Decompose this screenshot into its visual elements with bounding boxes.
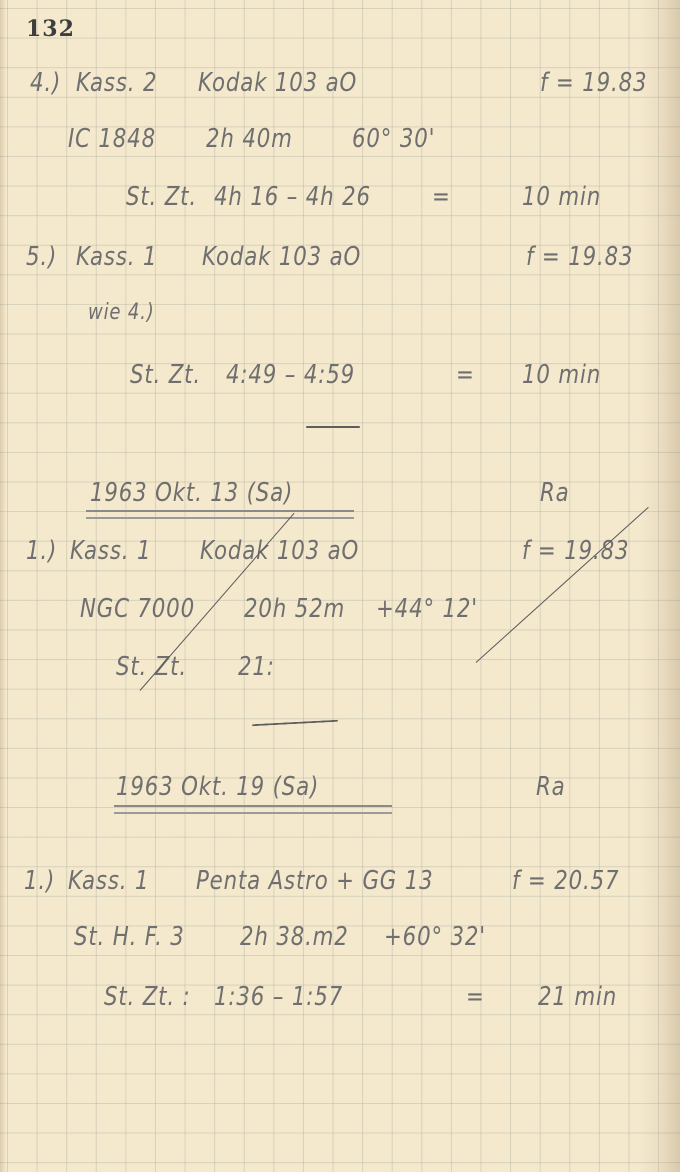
oct19-entry-1-right-ascension: 2h 38.m2 <box>240 922 349 952</box>
section-oct13-initials: Ra <box>540 478 570 508</box>
entry-4-duration: 10 min <box>522 182 601 212</box>
entry-4-cassette: Kass. 2 <box>76 68 157 98</box>
oct13-entry-1-declination: +44° 12' <box>376 594 478 624</box>
oct13-entry-1-number: 1.) <box>26 536 57 566</box>
entry-4-object: IC 1848 <box>68 124 156 154</box>
entry-5-note: wie 4.) <box>88 300 155 325</box>
section-separator-2 <box>252 720 338 726</box>
oct13-entry-1-time-range: 21: <box>238 652 275 682</box>
entry-4-plate: Kodak 103 aO <box>198 68 357 98</box>
entry-4-equals: = <box>432 182 451 212</box>
oct13-entry-1-object: NGC 7000 <box>80 594 195 624</box>
oct19-entry-1-number: 1.) <box>24 866 55 896</box>
entry-5-time-label: St. Zt. <box>130 360 201 390</box>
oct19-entry-1-plate: Penta Astro + GG 13 <box>196 866 434 896</box>
oct19-entry-1-object: St. H. F. 3 <box>74 922 185 952</box>
notebook-page: 132 4.) Kass. 2 Kodak 103 aO f = 19.83 I… <box>0 0 680 1172</box>
entry-4-right-ascension: 2h 40m <box>206 124 293 154</box>
oct19-entry-1-duration: 21 min <box>538 982 617 1012</box>
entry-4-time-label: St. Zt. <box>126 182 197 212</box>
oct19-entry-1-declination: +60° 32' <box>384 922 486 952</box>
oct19-entry-1-time-label: St. Zt. : <box>104 982 191 1012</box>
oct13-entry-1-plate: Kodak 103 aO <box>200 536 359 566</box>
oct13-entry-1-focal-length: f = 19.83 <box>522 536 629 566</box>
oct19-entry-1-equals: = <box>466 982 485 1012</box>
oct13-entry-1-cassette: Kass. 1 <box>70 536 151 566</box>
oct13-entry-1-right-ascension: 20h 52m <box>244 594 345 624</box>
section-oct19-initials: Ra <box>536 772 566 802</box>
page-number: 132 <box>26 16 75 42</box>
section-oct19-heading: 1963 Okt. 19 (Sa) <box>116 772 319 802</box>
entry-5-cassette: Kass. 1 <box>76 242 157 272</box>
entry-5-time-range: 4:49 – 4:59 <box>226 360 355 390</box>
section-oct19-underline <box>114 805 392 814</box>
entry-5-equals: = <box>456 360 475 390</box>
entry-4-focal-length: f = 19.83 <box>540 68 647 98</box>
section-oct13-heading: 1963 Okt. 13 (Sa) <box>90 478 293 508</box>
entry-4-declination: 60° 30' <box>352 124 435 154</box>
section-separator <box>306 426 360 428</box>
oct19-entry-1-time-range: 1:36 – 1:57 <box>214 982 343 1012</box>
section-oct13-underline <box>86 510 354 519</box>
entry-4-time-range: 4h 16 – 4h 26 <box>214 182 371 212</box>
strike-through-line-right <box>476 507 649 663</box>
entry-4-number: 4.) <box>30 68 61 98</box>
entry-5-number: 5.) <box>26 242 57 272</box>
oct19-entry-1-focal-length: f = 20.57 <box>512 866 619 896</box>
entry-5-plate: Kodak 103 aO <box>202 242 361 272</box>
entry-5-duration: 10 min <box>522 360 601 390</box>
oct19-entry-1-cassette: Kass. 1 <box>68 866 149 896</box>
entry-5-focal-length: f = 19.83 <box>526 242 633 272</box>
